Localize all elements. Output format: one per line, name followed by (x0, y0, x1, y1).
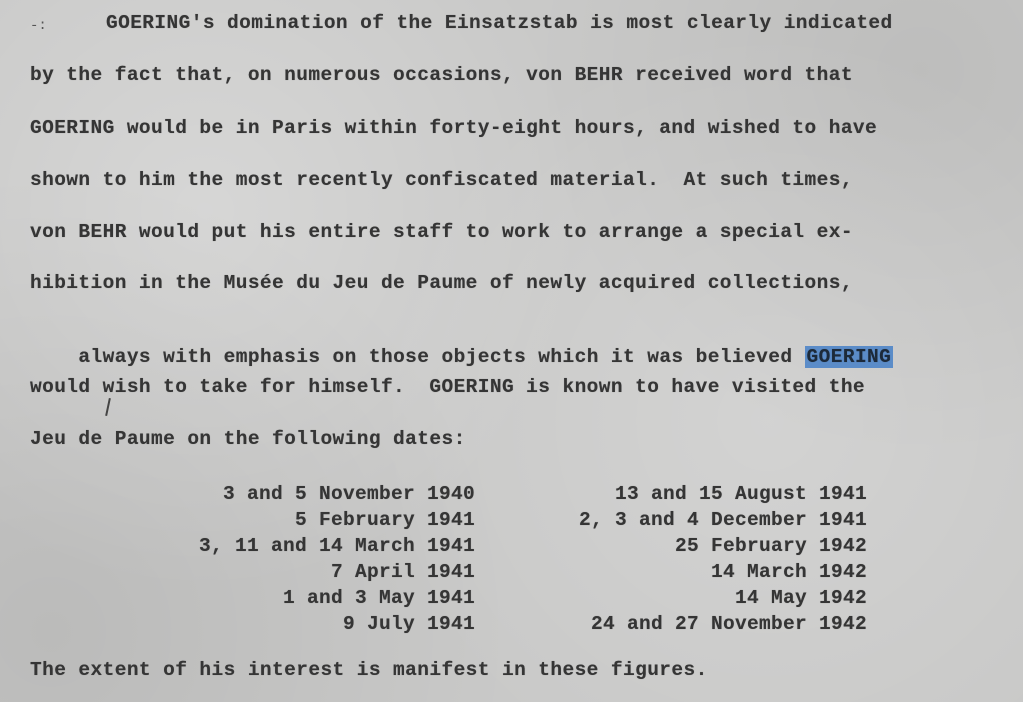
text-line-7-before: always with emphasis on those objects wh… (78, 346, 804, 368)
dates-list-right: 13 and 15 August 1941 2, 3 and 4 Decembe… (579, 481, 867, 637)
text-line-2: by the fact that, on numerous occasions,… (30, 64, 853, 86)
date-entry: 3 and 5 November 1940 (199, 481, 475, 507)
date-entry: 14 May 1942 (579, 585, 867, 611)
margin-mark: -: (30, 18, 47, 34)
date-entry: 13 and 15 August 1941 (579, 481, 867, 507)
date-entry: 25 February 1942 (579, 533, 867, 559)
date-entry: 5 February 1941 (199, 507, 475, 533)
text-line-6: hibition in the Musée du Jeu de Paume of… (30, 272, 853, 294)
date-entry: 1 and 3 May 1941 (199, 585, 475, 611)
date-entry: 3, 11 and 14 March 1941 (199, 533, 475, 559)
document-page: -: GOERING's domination of the Einsatzst… (0, 0, 1023, 702)
date-entry: 24 and 27 November 1942 (579, 611, 867, 637)
text-line-3: GOERING would be in Paris within forty-e… (30, 117, 877, 139)
text-line-5: von BEHR would put his entire staff to w… (30, 221, 853, 243)
date-entry: 14 March 1942 (579, 559, 867, 585)
date-entry: 2, 3 and 4 December 1941 (579, 507, 867, 533)
text-line-9: Jeu de Paume on the following dates: (30, 428, 466, 450)
closing-line: The extent of his interest is manifest i… (30, 659, 708, 681)
date-entry: 7 April 1941 (199, 559, 475, 585)
text-line-1: GOERING's domination of the Einsatzstab … (106, 12, 893, 34)
text-line-8: would wish to take for himself. GOERING … (30, 376, 865, 398)
search-highlight[interactable]: GOERING (805, 346, 894, 368)
dates-list-left: 3 and 5 November 1940 5 February 1941 3,… (199, 481, 475, 637)
date-entry: 9 July 1941 (199, 611, 475, 637)
pen-mark (105, 398, 111, 416)
text-line-4: shown to him the most recently confiscat… (30, 169, 853, 191)
